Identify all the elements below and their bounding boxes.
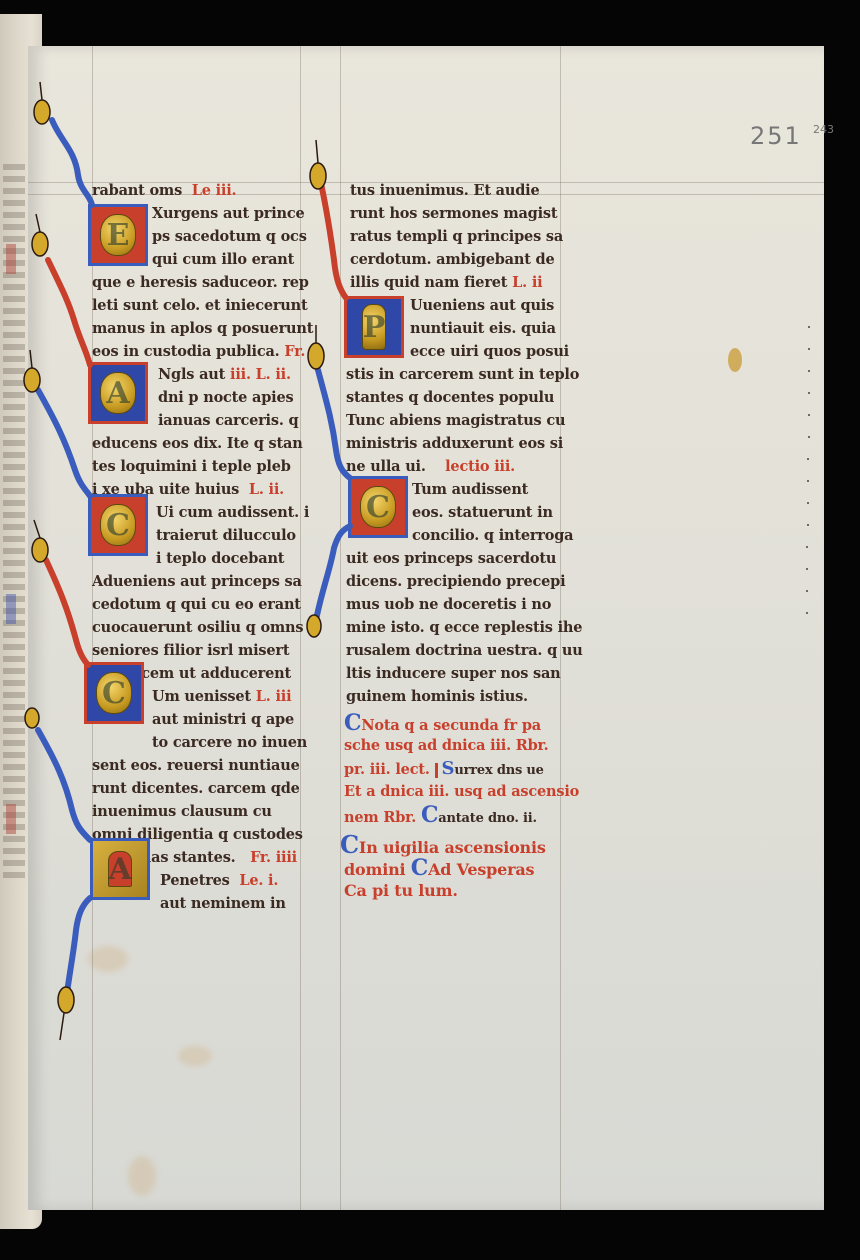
text-line: ltis inducere super nos san [346,663,561,685]
text-line: Adueniens aut princeps sa [92,571,302,593]
text-line: ministris adduxerunt eos si [346,433,563,455]
text-line: dni p nocte apies [158,387,293,409]
text-line: i teplo docebant [156,548,284,570]
stain [88,946,128,972]
pricking [808,348,810,350]
pricking [806,546,808,548]
pricking [806,568,808,570]
text-line: Ui cum audissent. i [156,502,309,524]
text-line: tus inuenimus. Et audie [350,180,539,202]
text-line: concilio. q interroga [412,525,573,547]
rubric-line: domini CAd Vesperas [344,857,534,879]
rubric-line: CNota q a secunda fr pa [344,712,541,734]
facing-page-initial [6,804,16,834]
text-line: ratus templi q principes sa [350,226,563,248]
old-folio-number: 243 [813,123,834,136]
pricking [807,502,809,504]
text-line: Um uenisset L. iii [152,686,291,708]
decorated-initial: E [88,204,148,266]
rubric-line: Ca pi tu lum. [344,880,458,902]
text-line: qui cum illo erant [152,249,294,271]
text-line: runt hos sermones magist [350,203,557,225]
pricking [807,480,809,482]
stain [178,1046,212,1066]
text-line: manus in aplos q posuerunt [92,318,313,340]
rubric-line: sche usq ad dnica iii. Rbr. [344,735,549,757]
text-line: dicens. precipiendo precepi [346,571,565,593]
text-line: rabant oms Le iii. [92,180,236,202]
text-line: ne ulla ui. lectio iii. [346,456,515,478]
text-line: nuntiauit eis. quia [410,318,556,340]
text-line: to carcere no inuen [152,732,307,754]
ruling-line [340,46,341,1210]
facing-page-initial [6,594,16,624]
text-line: Uueniens aut quis [410,295,554,317]
pricking [806,612,808,614]
text-line: illis quid nam fieret L. ii [350,272,542,294]
decorated-initial: P [344,296,404,358]
text-line: cuocauerunt osiliu q omns [92,617,303,639]
text-line: eos in custodia publica. Fr. [92,341,305,363]
pricking [808,326,810,328]
rubric-line: CIn uigilia ascensionis [340,834,546,856]
text-line: stantes q docentes populu [346,387,554,409]
text-line: Ngls aut iii. L. ii. [158,364,291,386]
text-line: rusalem doctrina uestra. q uu [346,640,583,662]
text-line: aut neminem in [160,893,286,915]
text-line: ianuas carceris. q [158,410,298,432]
pricking [808,392,810,394]
text-line: Tum audissent [412,479,528,501]
text-line: mine isto. q ecce replestis ihe [346,617,582,639]
text-line: cerdotum. ambigebant de [350,249,555,271]
pricking [808,370,810,372]
text-line: seniores filior isrl misert [92,640,289,662]
text-line: educens eos dix. Ite q stan [92,433,303,455]
text-line: ecce uiri quos posui [410,341,569,363]
text-line: guinem hominis istius. [346,686,528,708]
text-line: tes loquimini i teple pleb [92,456,291,478]
text-line: ps sacedotum q ocs [152,226,307,248]
folio-number: 251 [750,122,802,150]
text-line: que e heresis saduceor. rep [92,272,309,294]
text-line: Tunc abiens magistratus cu [346,410,565,432]
wax-spot [728,348,742,372]
pricking [808,436,810,438]
text-line: cedotum q qui cu eo erant [92,594,301,616]
text-line: Xurgens aut prince [152,203,305,225]
text-line: stis in carcerem sunt in teplo [346,364,579,386]
decorated-initial: C [348,476,408,538]
text-line: eos. statuerunt in [412,502,553,524]
pricking [807,524,809,526]
text-line: mus uob ne doceretis i no [346,594,551,616]
pricking [808,414,810,416]
rubric-line: nem Rbr. Cantate dno. ii. [344,804,537,826]
text-line: aut ministri q ape [152,709,294,731]
rubric-line: Et a dnica iii. usq ad ascensio [344,781,579,803]
text-line: traierut dilucculo [156,525,296,547]
pricking [806,590,808,592]
decorated-initial: A [88,362,148,424]
rubric-line: pr. iii. lect. Surrex dns ue [344,758,544,780]
text-line: sent eos. reuersi nuntiaue [92,755,300,777]
stain [128,1156,156,1196]
decorated-initial: A [90,838,150,900]
facing-page-rubric [6,244,16,274]
text-line: inuenimus clausum cu [92,801,272,823]
decorated-initial: C [84,662,144,724]
decorated-initial: C [88,494,148,556]
text-line: Penetres Le. i. [160,870,278,892]
text-line: leti sunt celo. et iniecerunt [92,295,308,317]
text-line: runt dicentes. carcem qde [92,778,300,800]
pricking [807,458,809,460]
text-line: uit eos princeps sacerdotu [346,548,556,570]
